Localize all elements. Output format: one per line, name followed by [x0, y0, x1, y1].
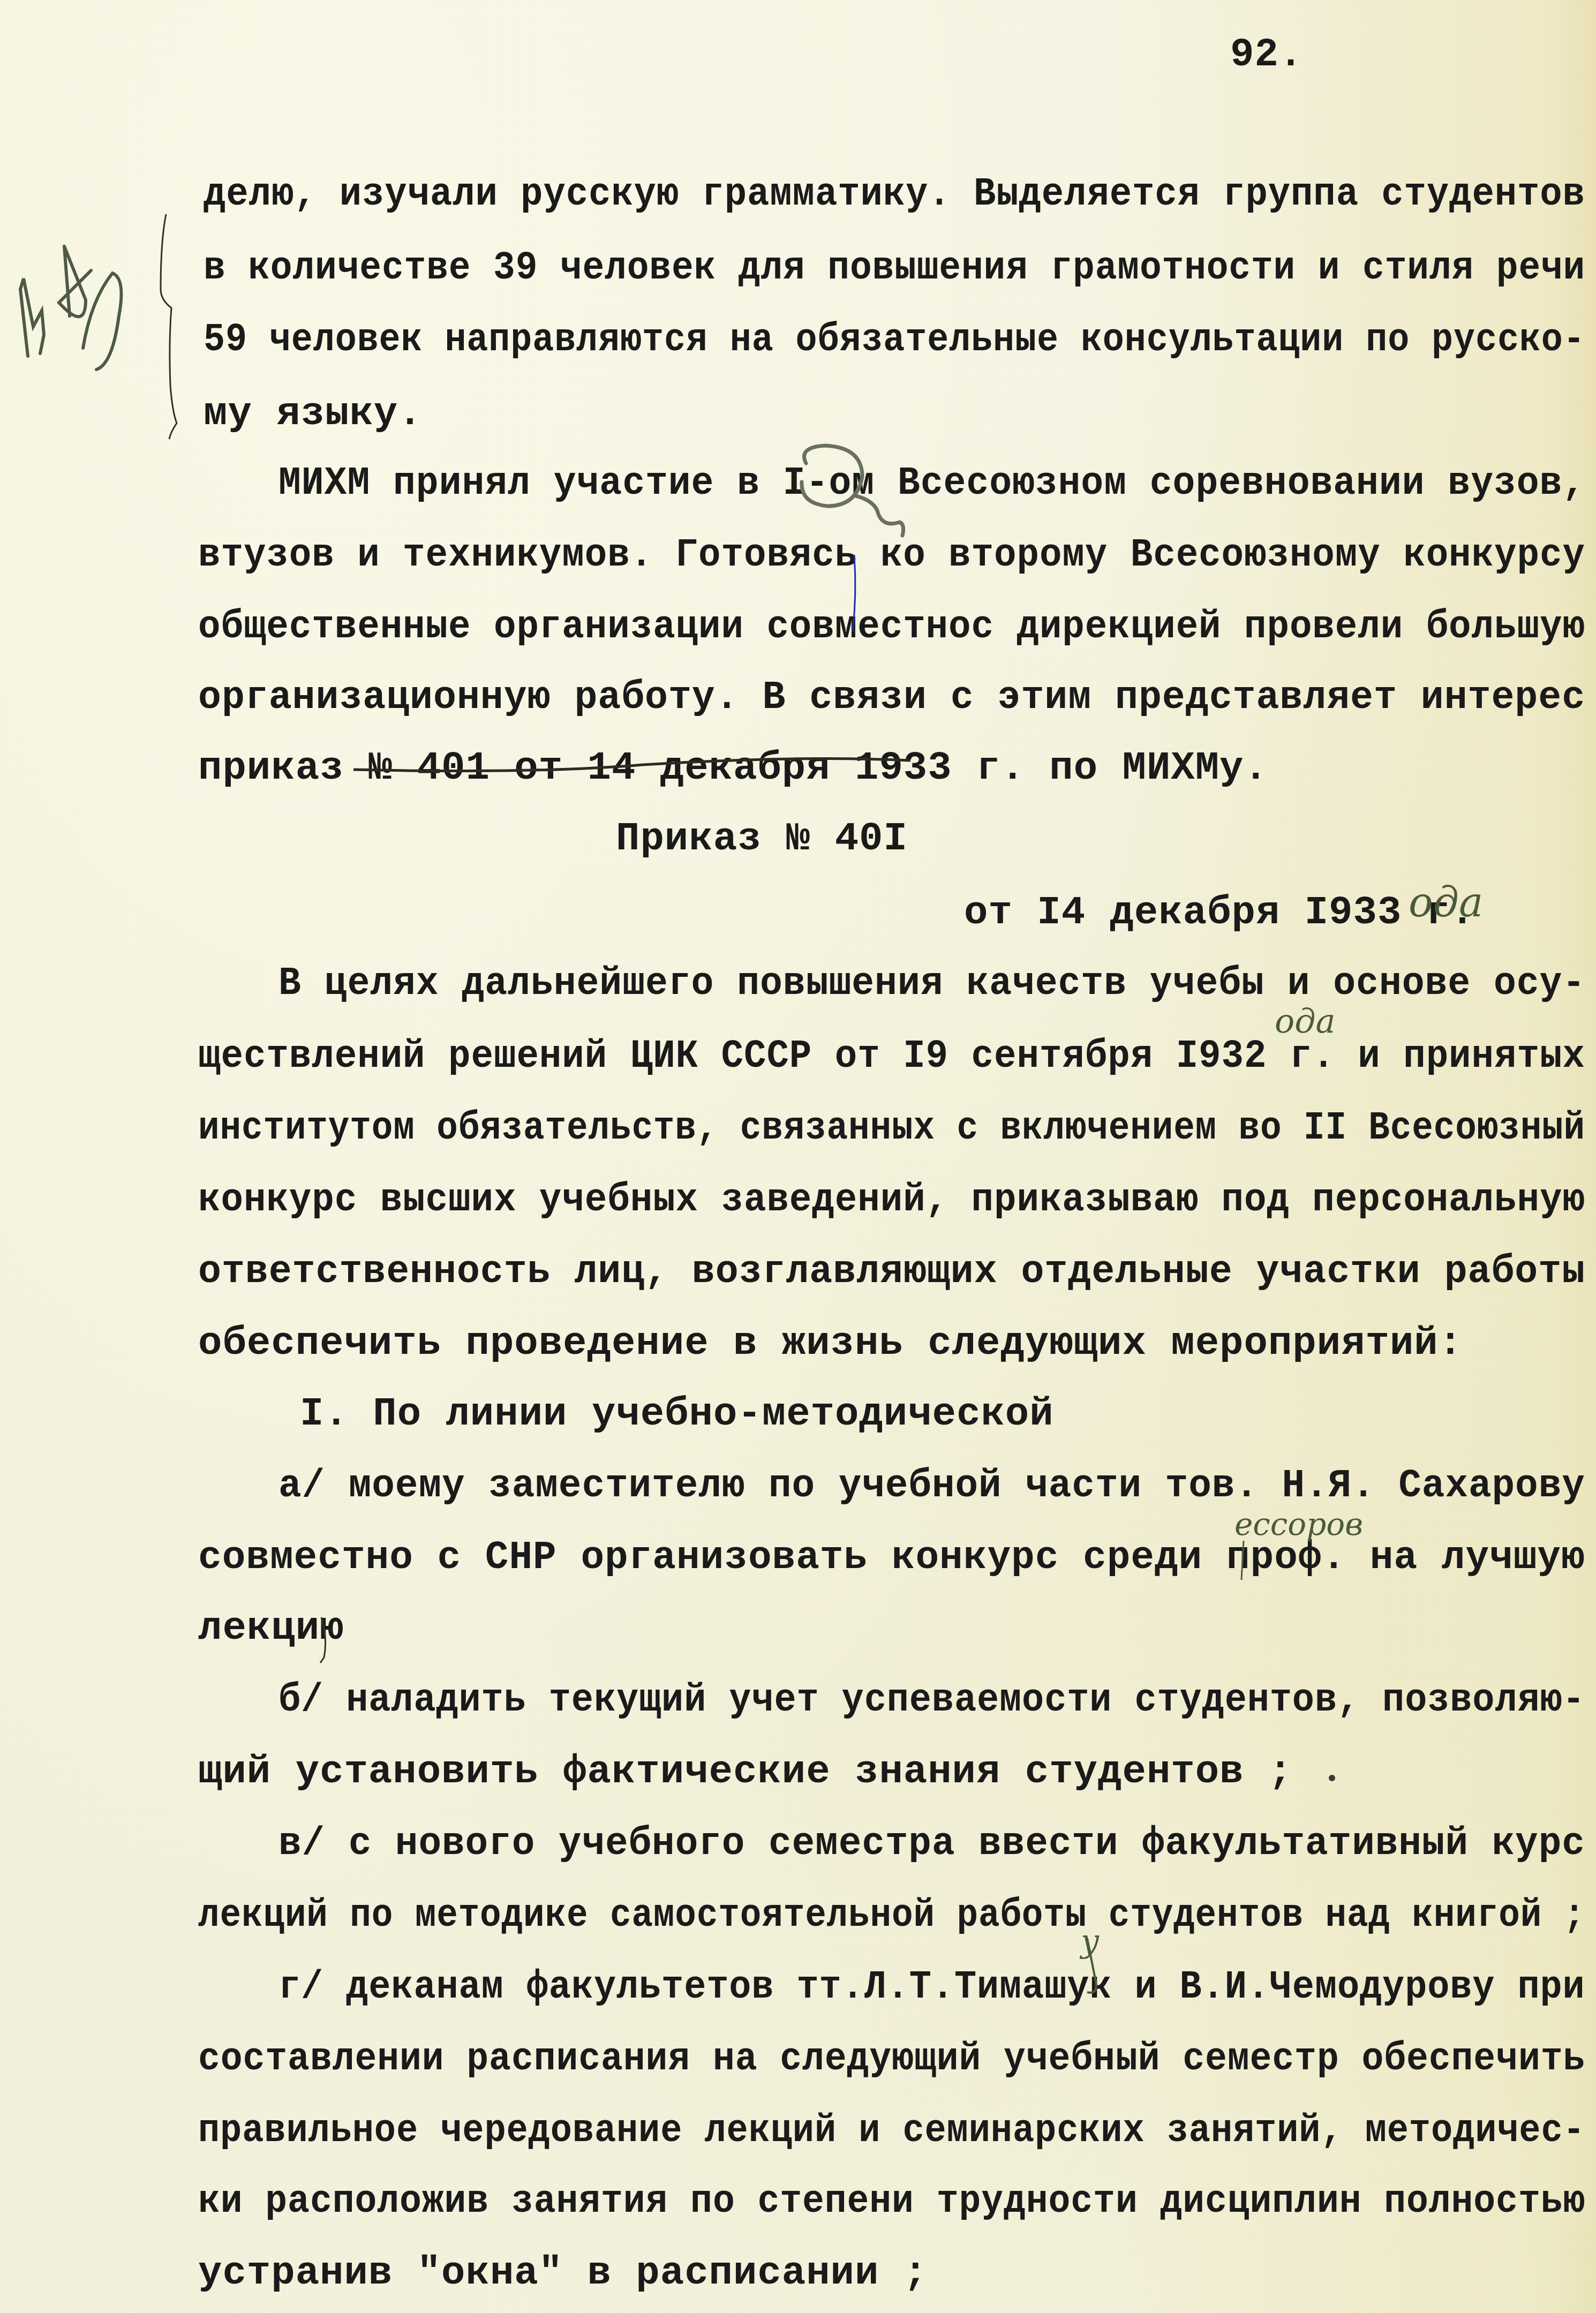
order-item-line: ки расположив занятия по степени труднос…: [198, 2178, 1585, 2226]
body-line: му языку.: [204, 390, 423, 438]
order-item-line: совместно с СНР организовать конкурс сре…: [198, 1534, 1585, 1582]
body-line: 59 человек направляются на обязательные …: [204, 316, 1585, 364]
handwritten-correction: ода: [1275, 1001, 1336, 1041]
order-item-line: лекцию: [198, 1604, 344, 1653]
order-item-line: б/ наладить текущий учет успеваемости ст…: [278, 1676, 1585, 1724]
body-line: делю, изучали русскую грамматику. Выделя…: [204, 170, 1585, 219]
order-line: ответственность лиц, возглавляющих отдел…: [198, 1248, 1585, 1296]
order-line: В целях дальнейшего повышения качеств уч…: [278, 960, 1585, 1008]
body-line: в количестве 39 человек для повышения гр…: [204, 244, 1585, 292]
order-item-line: а/ моему заместителю по учебной части то…: [278, 1462, 1585, 1510]
order-date: от I4 декабря I933 г.: [964, 889, 1475, 937]
order-item-line: составлении расписания на следующий учеб…: [198, 2035, 1585, 2083]
order-title: Приказ № 40I: [616, 815, 908, 863]
page-number: 92.: [1230, 31, 1303, 79]
body-line: организационную работу. В связи с этим п…: [198, 674, 1585, 722]
body-line-with-strike: приказ № 401 от 14 декабря 1933 г. по МИ…: [198, 744, 1268, 793]
order-item-line: устранив "окна" в расписании ;: [198, 2249, 928, 2297]
section-title: I. По линии учебно-методической: [300, 1390, 1054, 1438]
handwritten-insertion: ессоров: [1234, 1506, 1363, 1542]
body-line: общественные организации совместнос дире…: [198, 603, 1585, 651]
order-item-line: в/ с нового учебного семестра ввести фак…: [278, 1820, 1585, 1868]
order-item-line: щий установить фактические знания студен…: [198, 1748, 1292, 1796]
order-line: институтом обязательств, связанных с вкл…: [198, 1104, 1585, 1152]
body-line: втузов и техникумов. Готовясь ко второму…: [198, 531, 1585, 579]
order-item-line: правильное чередование лекций и семинарс…: [198, 2107, 1585, 2155]
handwritten-correction: у: [1081, 1923, 1100, 1960]
order-line: обеспечить проведение в жизнь следующих …: [198, 1320, 1463, 1368]
order-item-line: лекций по методике самостоятельной работ…: [198, 1892, 1585, 1940]
order-line: ществлений решений ЦИК СССР от I9 сентяб…: [198, 1033, 1585, 1081]
handwritten-correction: ода: [1409, 878, 1483, 926]
body-line: МИХМ принял участие в I-ом Всесоюзном со…: [278, 459, 1585, 508]
order-line: конкурс высших учебных заведений, приказ…: [198, 1176, 1585, 1224]
order-item-line: г/ деканам факультетов тт.Л.Т.Тимашук и …: [278, 1963, 1585, 2011]
